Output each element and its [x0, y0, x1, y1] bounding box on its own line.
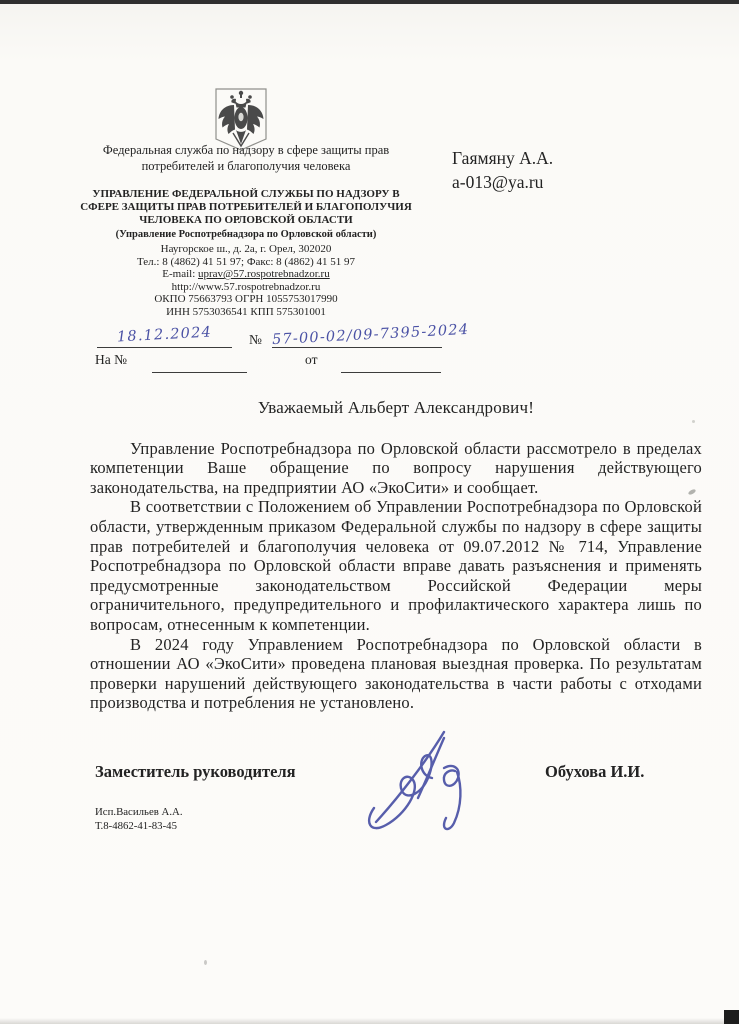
from-date-blank	[341, 356, 441, 373]
recipient-name: Гаямяну А.А.	[452, 146, 553, 170]
office-short-name: (Управление Роспотребнадзора по Орловско…	[80, 229, 412, 240]
number-sign-label: №	[249, 332, 262, 348]
executor-name: Исп.Васильев А.А.	[95, 806, 183, 820]
recipient-block: Гаямяну А.А. a-013@ya.ru	[452, 146, 553, 194]
email-label: E-mail:	[162, 268, 198, 280]
executor-phone: Т.8-4862-41-83-45	[95, 820, 183, 834]
handwritten-date: 18.12.2024	[117, 325, 213, 346]
body-paragraph: В соответствии с Положением об Управлени…	[90, 497, 702, 634]
body-paragraph: В 2024 году Управлением Роспотребнадзора…	[90, 635, 702, 713]
scan-bottom-shadow	[0, 1018, 739, 1024]
reply-to-number-blank	[152, 356, 247, 373]
from-date-label: от	[305, 352, 317, 368]
scan-top-edge	[0, 0, 739, 4]
inn-kpp: ИНН 5753036541 КПП 575301001	[84, 306, 408, 319]
okpo-ogrn: ОКПО 75663793 ОГРН 1055753017990	[84, 293, 408, 306]
postal-address: Наугорское ш., д. 2а, г. Орел, 302020	[84, 243, 408, 256]
agency-name: Федеральная служба по надзору в сфере за…	[84, 143, 408, 174]
scan-speck	[204, 960, 207, 965]
email-line: E-mail: uprav@57.rospotrebnadzor.ru	[84, 268, 408, 281]
outgoing-number-field: 57-00-02/09-7395-2024	[272, 326, 442, 348]
email-address: uprav@57.rospotrebnadzor.ru	[198, 268, 330, 280]
signer-name: Обухова И.И.	[545, 762, 644, 782]
handwritten-signature-icon	[360, 728, 478, 846]
letter-body: Уважаемый Альберт Александрович! Управле…	[90, 398, 702, 713]
handwritten-number: 57-00-02/09-7395-2024	[272, 322, 470, 348]
recipient-email: a-013@ya.ru	[452, 170, 553, 194]
scan-corner-artifact	[724, 1010, 739, 1024]
contact-block: Наугорское ш., д. 2а, г. Орел, 302020 Те…	[84, 243, 408, 319]
scanned-letter-page: Федеральная служба по надзору в сфере за…	[0, 0, 739, 1024]
reply-to-label: На №	[95, 352, 127, 368]
outgoing-date-field: 18.12.2024	[97, 326, 232, 348]
signer-position-title: Заместитель руководителя	[95, 762, 296, 782]
office-name: УПРАВЛЕНИЕ ФЕДЕРАЛЬНОЙ СЛУЖБЫ ПО НАДЗОРУ…	[80, 188, 412, 228]
body-paragraph: Управление Роспотребнадзора по Орловской…	[90, 439, 702, 498]
website: http://www.57.rospotrebnadzor.ru	[84, 281, 408, 294]
salutation: Уважаемый Альберт Александрович!	[90, 398, 702, 418]
phone-fax: Тел.: 8 (4862) 41 51 97; Факс: 8 (4862) …	[84, 256, 408, 269]
executor-block: Исп.Васильев А.А. Т.8-4862-41-83-45	[95, 806, 183, 833]
